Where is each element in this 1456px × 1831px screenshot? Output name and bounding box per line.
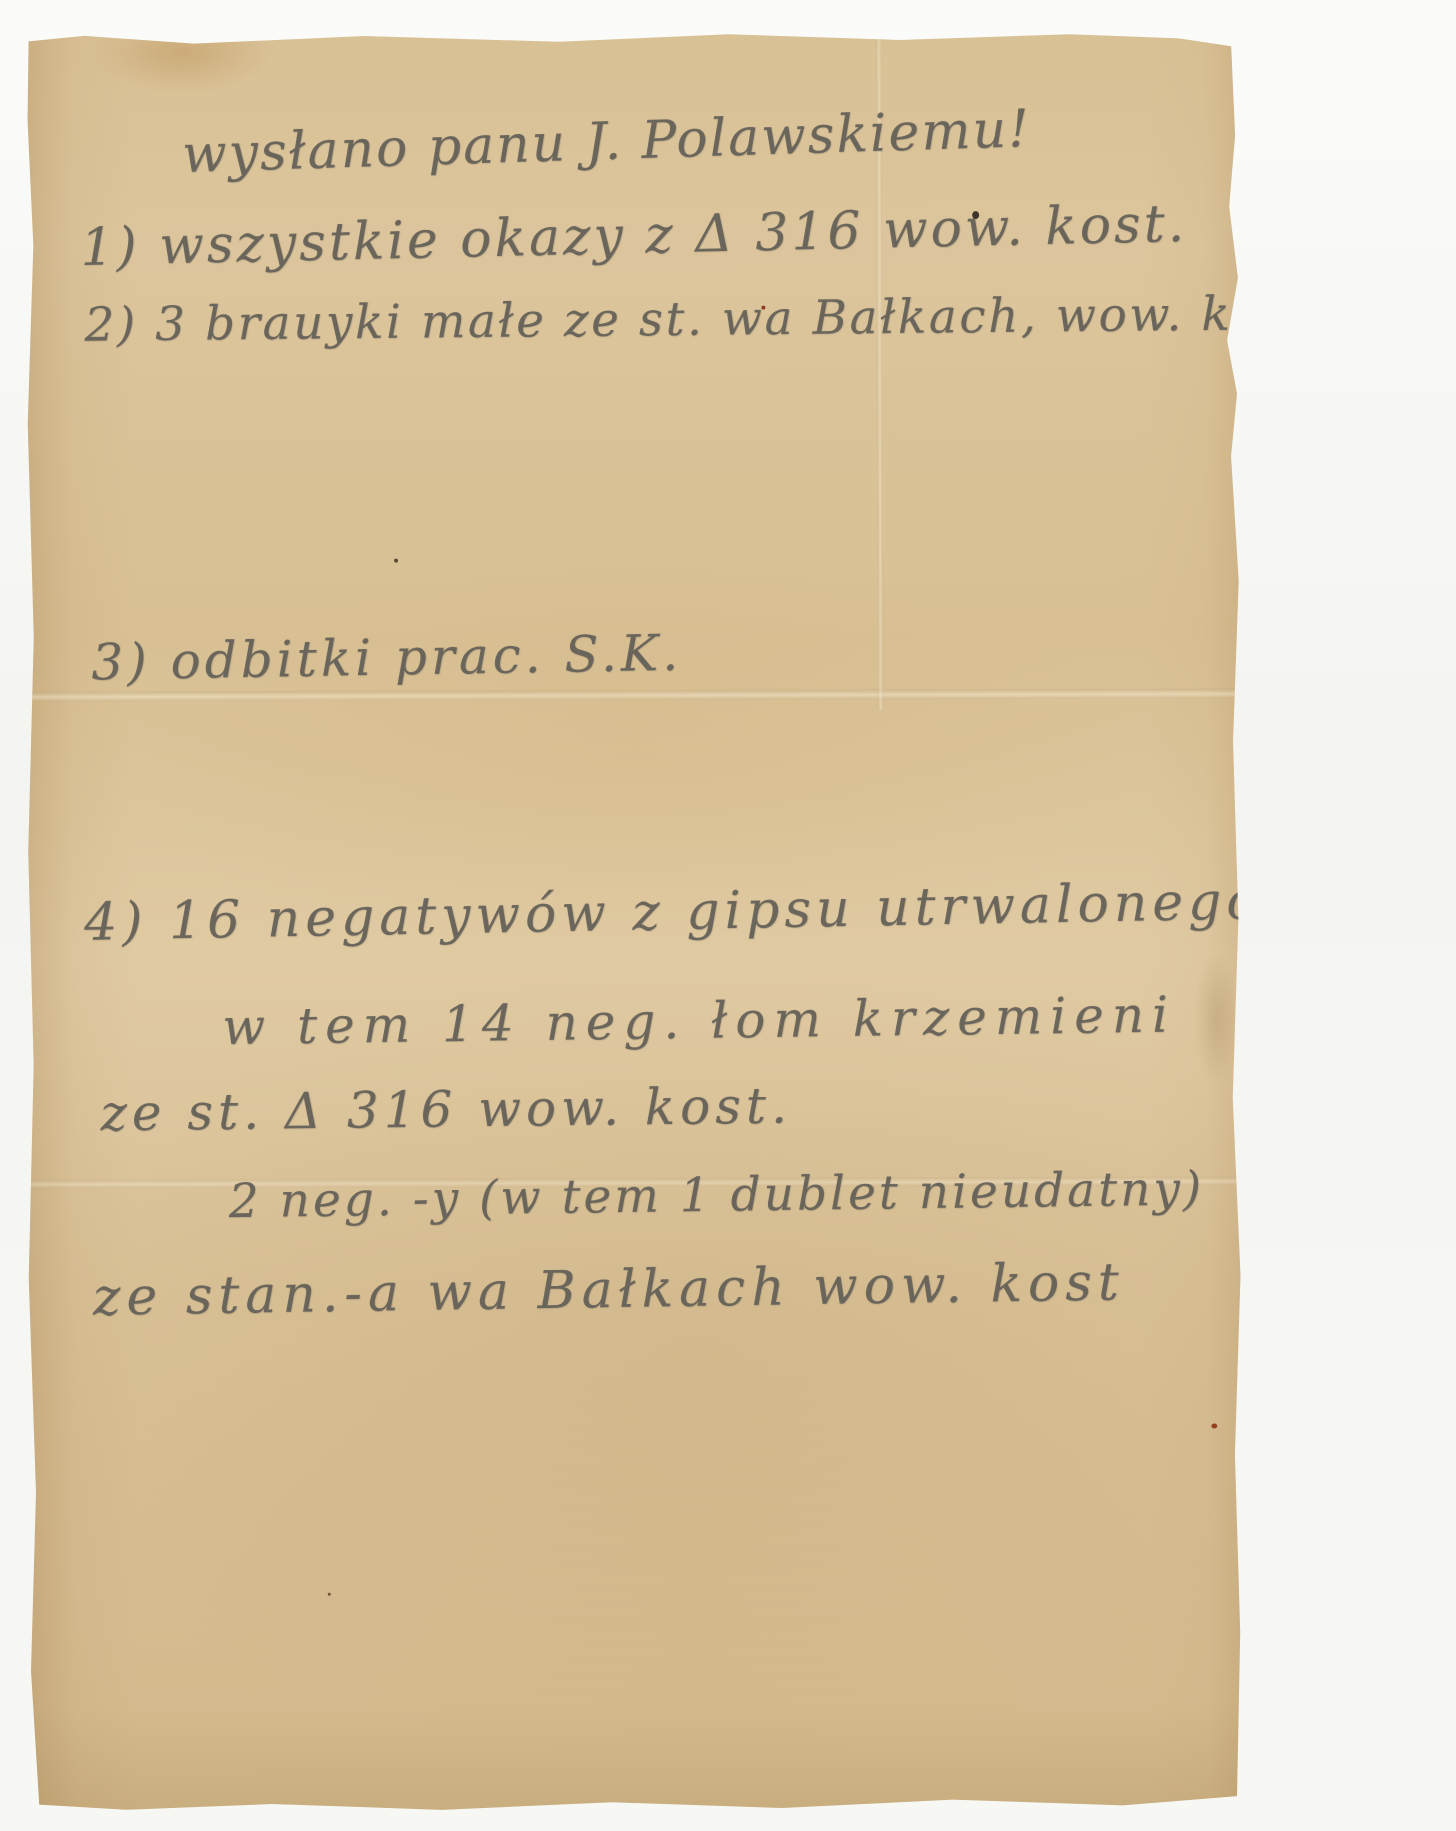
handwriting-item-4-sub-1: w tem 14 neg. łom krzemieni	[222, 986, 1176, 1056]
paper-speck	[394, 559, 398, 563]
handwriting-item-2: 2) 3 brauyki małe ze st. wa Bałkach, wow…	[84, 286, 1311, 353]
handwriting-item-4: 4) 16 negatywów z gipsu utrwalonego,	[84, 871, 1285, 953]
handwriting-header-line: wysłano panu J. Polawskiemu!	[181, 99, 1031, 185]
handwriting-item-4-sub-4: ze stan.-a wa Bałkach wow. kost	[93, 1252, 1126, 1327]
paper-sheet: wysłano panu J. Polawskiemu! 1) wszystki…	[24, 28, 1245, 1813]
handwriting-item-4-sub-2: ze st. Δ 316 wow. kost.	[100, 1077, 792, 1143]
paper-speck	[328, 1593, 331, 1596]
handwriting-item-3: 3) odbitki prac. S.K.	[91, 624, 683, 692]
rust-speck	[1211, 1423, 1217, 1428]
handwriting-item-4-sub-3: 2 neg. -y (w tem 1 dublet nieudatny)	[228, 1161, 1204, 1229]
fold-crease-horizontal-upper	[25, 688, 1241, 701]
handwriting-item-1: 1) wszystkie okazy z Δ 316 wow. kost.	[80, 194, 1188, 278]
edge-wrinkle	[1174, 928, 1234, 1108]
